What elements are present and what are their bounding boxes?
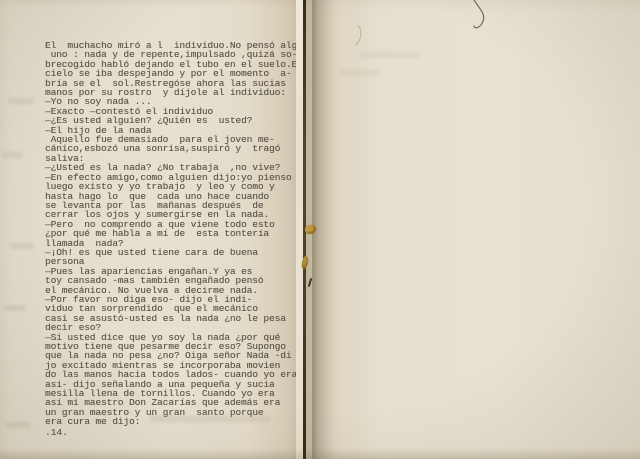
left-page: El muchacho miró a l individuo.No pensó … <box>0 0 312 459</box>
right-page: Hijo, tú eres un cuerpo porque ocupas un… <box>312 0 640 459</box>
open-book-scan: El muchacho miró a l individuo.No pensó … <box>0 0 640 459</box>
left-page-text: El muchacho miró a l individuo.No pensó … <box>45 41 297 427</box>
bleedthrough-smudge <box>340 70 380 76</box>
bleedthrough-smudge <box>360 52 420 58</box>
spine-edge-highlight <box>296 0 303 459</box>
bleedthrough-smudge <box>10 243 34 249</box>
bleedthrough-smudge <box>6 422 30 428</box>
bleedthrough-smudge <box>8 98 34 104</box>
bleedthrough-smudge <box>150 416 270 422</box>
left-page-number: .14. <box>45 427 68 438</box>
bleedthrough-smudge <box>4 305 26 311</box>
bleedthrough-smudge <box>2 152 22 158</box>
